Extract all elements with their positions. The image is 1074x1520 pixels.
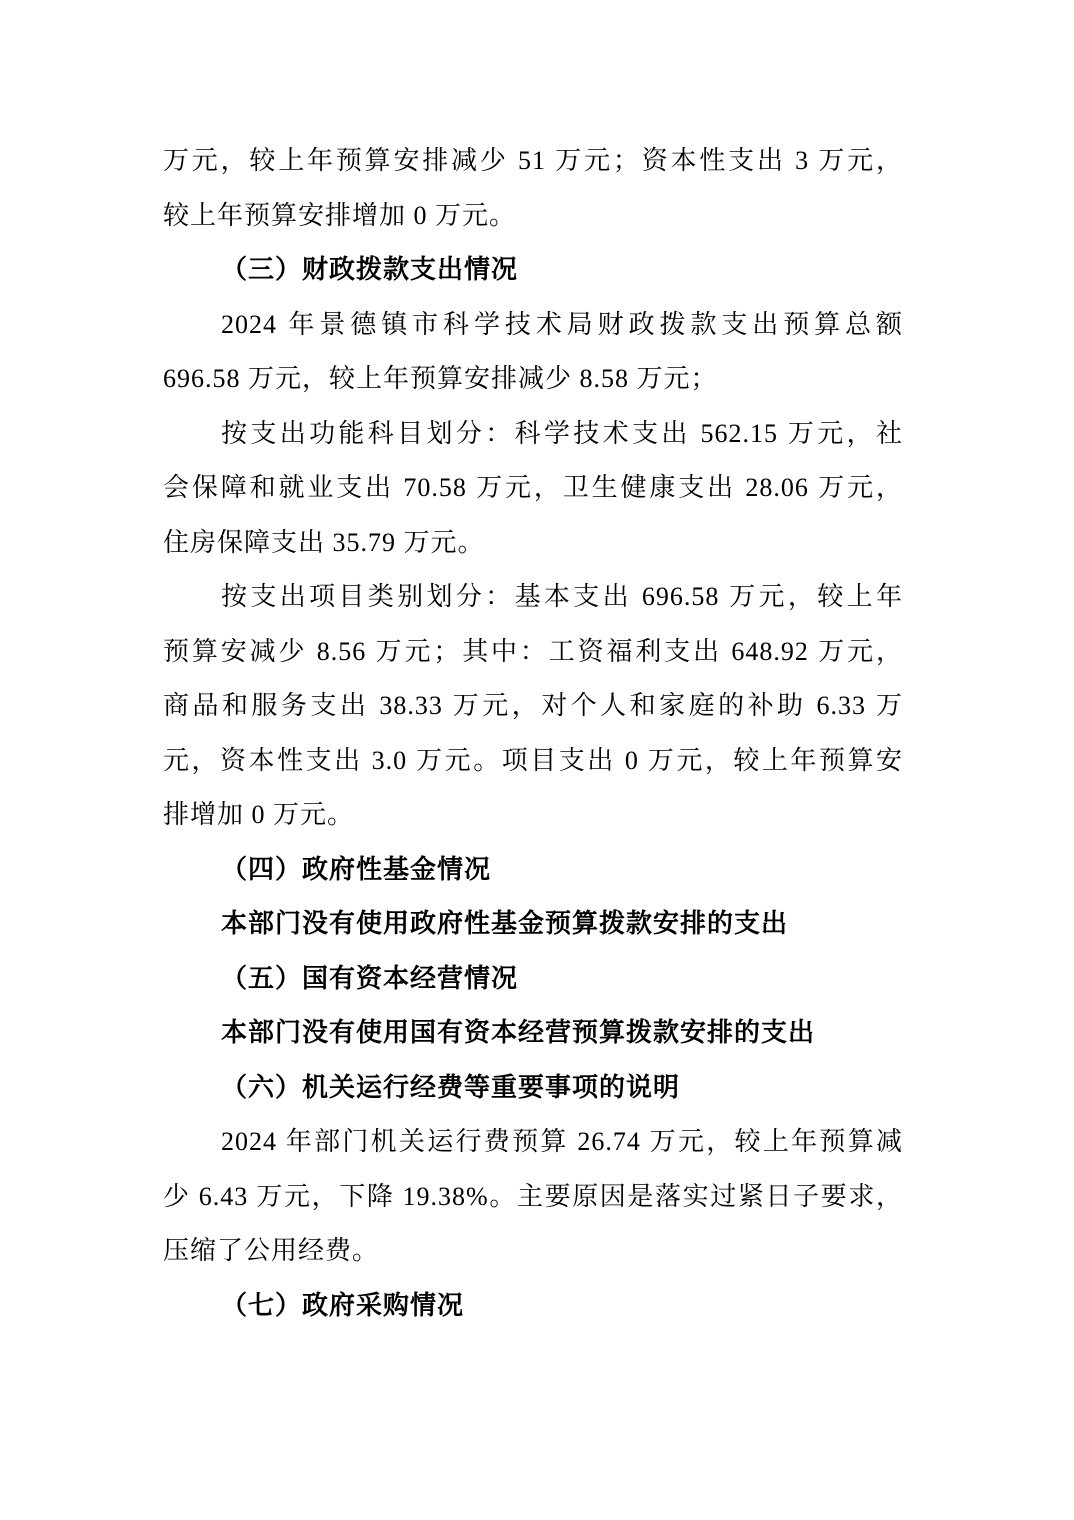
- document-line: 本部门没有使用政府性基金预算拨款安排的支出: [163, 897, 903, 952]
- document-line: （七）政府采购情况: [163, 1279, 903, 1334]
- document-line: （五）国有资本经营情况: [163, 952, 903, 1007]
- document-content: 万元，较上年预算安排减少 51 万元；资本性支出 3 万元，较上年预算安排增加 …: [163, 134, 903, 1333]
- document-line: 商品和服务支出 38.33 万元，对个人和家庭的补助 6.33 万: [163, 679, 903, 734]
- document-line: 较上年预算安排增加 0 万元。: [163, 189, 903, 244]
- document-line: 排增加 0 万元。: [163, 788, 903, 843]
- document-line: 按支出功能科目划分：科学技术支出 562.15 万元，社: [163, 407, 903, 462]
- document-line: （六）机关运行经费等重要事项的说明: [163, 1061, 903, 1116]
- document-line: 696.58 万元，较上年预算安排减少 8.58 万元；: [163, 352, 903, 407]
- document-page: 万元，较上年预算安排减少 51 万元；资本性支出 3 万元，较上年预算安排增加 …: [0, 0, 1074, 1520]
- document-line: （三）财政拨款支出情况: [163, 243, 903, 298]
- document-line: 少 6.43 万元，下降 19.38%。主要原因是落实过紧日子要求，: [163, 1170, 903, 1225]
- document-line: （四）政府性基金情况: [163, 843, 903, 898]
- document-line: 元，资本性支出 3.0 万元。项目支出 0 万元，较上年预算安: [163, 734, 903, 789]
- document-line: 会保障和就业支出 70.58 万元，卫生健康支出 28.06 万元，: [163, 461, 903, 516]
- document-line: 本部门没有使用国有资本经营预算拨款安排的支出: [163, 1006, 903, 1061]
- document-line: 按支出项目类别划分：基本支出 696.58 万元，较上年: [163, 570, 903, 625]
- document-line: 2024 年部门机关运行费预算 26.74 万元，较上年预算减: [163, 1115, 903, 1170]
- document-line: 2024 年景德镇市科学技术局财政拨款支出预算总额: [163, 298, 903, 353]
- document-line: 住房保障支出 35.79 万元。: [163, 516, 903, 571]
- document-line: 万元，较上年预算安排减少 51 万元；资本性支出 3 万元，: [163, 134, 903, 189]
- document-line: 压缩了公用经费。: [163, 1224, 903, 1279]
- document-line: 预算安减少 8.56 万元；其中：工资福利支出 648.92 万元，: [163, 625, 903, 680]
